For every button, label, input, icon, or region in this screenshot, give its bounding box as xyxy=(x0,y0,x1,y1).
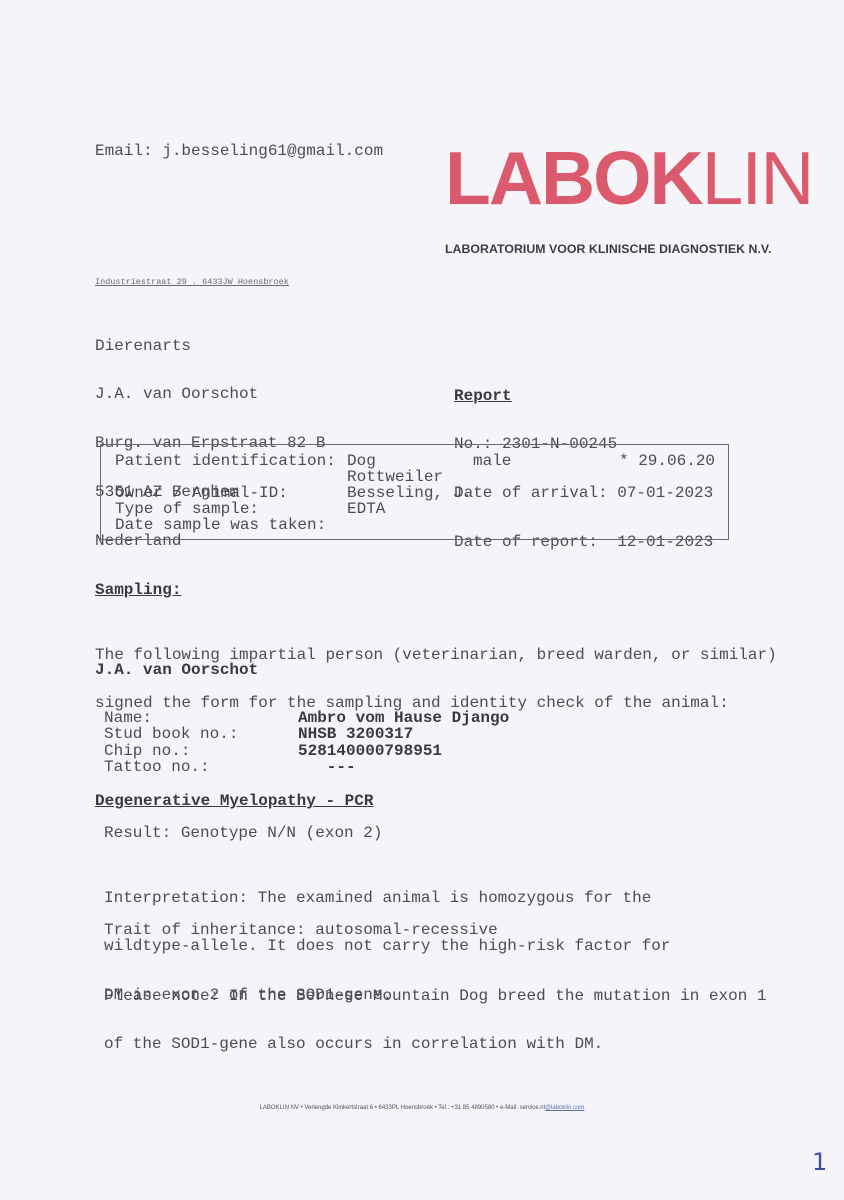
patient-identification-box: Patient identification: Dog male * 29.06… xyxy=(100,444,729,540)
logo-subtitle: LABORATORIUM VOOR KLINISCHE DIAGNOSTIEK … xyxy=(445,242,790,256)
sender-address: Industriestraat 29 . 6433JW Hoensbroek xyxy=(95,277,289,287)
trait-of-inheritance: Trait of inheritance: autosomal-recessiv… xyxy=(104,922,498,938)
patient-sex: male xyxy=(473,453,511,469)
sampling-person: J.A. van Oorschot xyxy=(95,662,258,678)
chip-label: Chip no.: xyxy=(104,743,190,759)
patient-identification-label: Patient identification: xyxy=(115,453,336,469)
logo-wordmark: LABOKLIN xyxy=(445,148,790,206)
animal-details: Name: Ambro vom Hause Django Stud book n… xyxy=(104,710,604,780)
stud-book-label: Stud book no.: xyxy=(104,726,238,742)
interpretation-line: wildtype-allele. It does not carry the h… xyxy=(104,938,671,954)
test-note: Please note: In the Bernese Mountain Dog… xyxy=(104,955,767,1069)
patient-birth-date: * 29.06.20 xyxy=(619,453,715,469)
owner-label: Owner / Animal-ID: xyxy=(115,485,288,501)
interpretation-line: Interpretation: The examined animal is h… xyxy=(104,890,671,906)
animal-name-value: Ambro vom Hause Django xyxy=(298,710,509,726)
footer-email-link[interactable]: @laboklin.com xyxy=(545,1105,584,1111)
footer-text: LABOKLIN NV • Verlengde Klinkertstraat 6… xyxy=(260,1105,545,1111)
sample-type-value: EDTA xyxy=(347,501,385,517)
handwritten-page-number: 1 xyxy=(812,1148,827,1176)
owner-value: Besseling, J. xyxy=(347,485,472,501)
report-title: Report xyxy=(454,388,713,404)
note-line: of the SOD1-gene also occurs in correlat… xyxy=(104,1036,767,1052)
sample-date-label: Date sample was taken: xyxy=(115,517,326,533)
animal-name-label: Name: xyxy=(104,710,152,726)
laboklin-logo: LABOKLIN LABORATORIUM VOOR KLINISCHE DIA… xyxy=(445,112,790,274)
footer: LABOKLIN NV • Verlengde Klinkertstraat 6… xyxy=(0,1105,844,1111)
stud-book-value: NHSB 3200317 xyxy=(298,726,413,742)
note-line: Please note: In the Bernese Mountain Dog… xyxy=(104,988,767,1004)
recipient-line: J.A. van Oorschot xyxy=(95,386,325,402)
chip-value: 528140000798951 xyxy=(298,743,442,759)
client-email: Email: j.besseling61@gmail.com xyxy=(95,143,383,159)
patient-species: Dog xyxy=(347,453,376,469)
logo-thin-part: LIN xyxy=(702,136,813,220)
test-result: Result: Genotype N/N (exon 2) xyxy=(104,825,382,841)
sample-type-label: Type of sample: xyxy=(115,501,259,517)
test-heading: Degenerative Myelopathy - PCR xyxy=(95,793,373,809)
sampling-heading: Sampling: xyxy=(95,582,181,598)
tattoo-label: Tattoo no.: xyxy=(104,759,210,775)
tattoo-value: --- xyxy=(298,759,356,775)
patient-breed: Rottweiler xyxy=(347,469,443,485)
recipient-line: Dierenarts xyxy=(95,338,325,354)
logo-bold-part: LABOK xyxy=(445,136,702,220)
